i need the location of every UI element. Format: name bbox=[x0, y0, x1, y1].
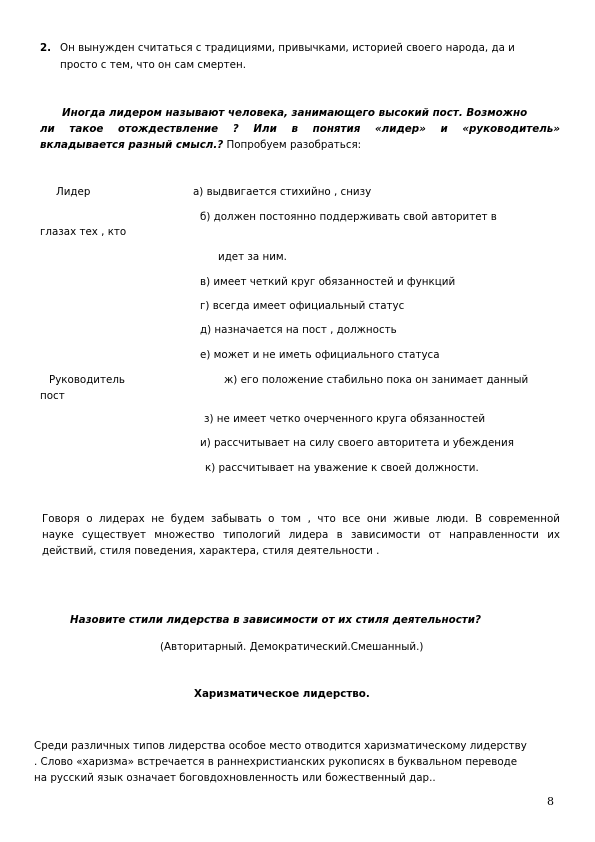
charisma-heading: Харизматическое лидерство. bbox=[194, 688, 370, 701]
intro-line3: вкладывается разный смысл.? Попробуем ра… bbox=[40, 139, 361, 152]
typology-line2: науке существует множество типологий лид… bbox=[42, 529, 560, 542]
comparison-item-g: г) всегда имеет официальный статус bbox=[200, 300, 404, 313]
comparison-item-v: в) имеет четкий круг обязанностей и функ… bbox=[200, 276, 455, 289]
page-number: 8 bbox=[547, 795, 554, 808]
charisma-line1: Среди различных типов лидерства особое м… bbox=[34, 740, 527, 753]
comparison-item-a: а) выдвигается стихийно , снизу bbox=[193, 186, 371, 199]
charisma-line3: на русский язык означает боговдохновленн… bbox=[34, 772, 436, 785]
comparison-item-b-cont1: глазах тех , кто bbox=[40, 226, 126, 239]
comparison-item-b-cont2: идет за ним. bbox=[218, 251, 287, 264]
comparison-item-i: и) рассчитывает на силу своего авторитет… bbox=[200, 437, 514, 450]
comparison-item-z: з) не имеет четко очерченного круга обяз… bbox=[204, 413, 485, 426]
intro-line1: Иногда лидером называют человека, занима… bbox=[62, 107, 527, 120]
leader-label: Лидер bbox=[56, 186, 90, 199]
manager-label-cont: пост bbox=[40, 390, 65, 403]
comparison-item-k: к) рассчитывает на уважение к своей долж… bbox=[205, 462, 479, 475]
intro-line2: ли такое отождествление ? Или в понятия … bbox=[40, 123, 560, 136]
comparison-item-b: б) должен постоянно поддерживать свой ав… bbox=[200, 211, 497, 224]
intro-line3-plain: Попробуем разобраться: bbox=[223, 139, 361, 151]
question-answer: (Авторитарный. Демократический.Смешанный… bbox=[160, 641, 423, 654]
charisma-line2: . Слово «харизма» встречается в раннехри… bbox=[34, 756, 517, 769]
list-number: 2. bbox=[40, 42, 51, 55]
comparison-item-e: е) может и не иметь официального статуса bbox=[200, 349, 440, 362]
manager-label: Руководитель bbox=[49, 374, 125, 387]
item2-line1: Он вынужден считаться с традициями, прив… bbox=[60, 42, 515, 55]
intro-line3-bold: вкладывается разный смысл.? bbox=[40, 139, 223, 151]
item2-line2: просто с тем, что он сам смертен. bbox=[60, 59, 246, 72]
typology-line1: Говоря о лидерах не будем забывать о том… bbox=[42, 513, 560, 526]
question-text: Назовите стили лидерства в зависимости о… bbox=[70, 614, 481, 627]
typology-line3: действий, стиля поведения, характера, ст… bbox=[42, 545, 379, 558]
comparison-item-d: д) назначается на пост , должность bbox=[200, 324, 397, 337]
comparison-item-zh: ж) его положение стабильно пока он заним… bbox=[224, 374, 528, 387]
